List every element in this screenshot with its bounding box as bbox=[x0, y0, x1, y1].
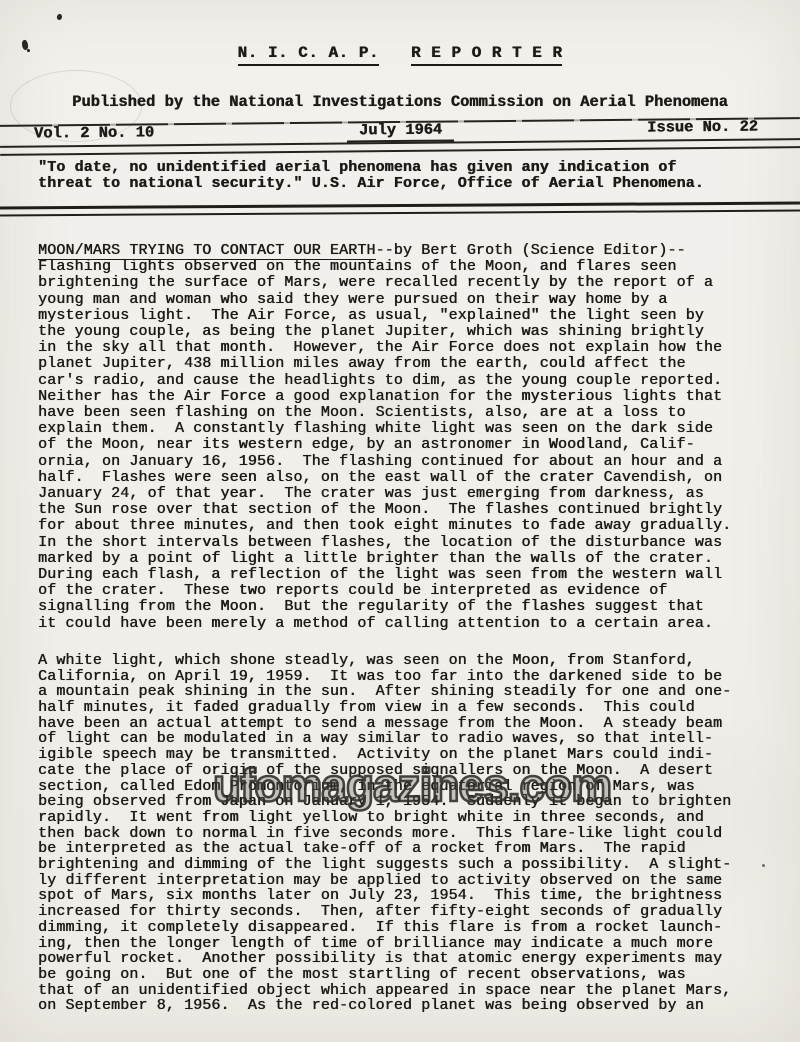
volume-issue-band: Vol. 2 No. 10 July 1964 Issue No. 22 bbox=[0, 117, 800, 156]
issue-label: Issue No. 22 bbox=[647, 119, 758, 137]
article-byline: --by Bert Groth (Science Editor)-- bbox=[376, 242, 686, 259]
section-divider-rule bbox=[0, 202, 800, 217]
watermark-text: ufomagazines.com bbox=[213, 758, 611, 812]
masthead-reporter: R E P O R T E R bbox=[411, 44, 563, 66]
article-headline: MOON/MARS TRYING TO CONTACT OUR EARTH--b… bbox=[38, 243, 770, 259]
air-force-quote: "To date, no unidentified aerial phenome… bbox=[38, 160, 764, 193]
paragraph-1: Flashing lights observed on the mountain… bbox=[38, 259, 770, 632]
masthead-title: N. I. C. A. P. R E P O R T E R bbox=[0, 44, 800, 66]
ink-speck bbox=[56, 13, 63, 20]
date-label: July 1964 bbox=[347, 121, 454, 142]
article-body: MOON/MARS TRYING TO CONTACT OUR EARTH--b… bbox=[38, 243, 770, 1014]
publisher-line: Published by the National Investigations… bbox=[0, 93, 800, 111]
volume-label: Vol. 2 No. 10 bbox=[34, 124, 154, 142]
paragraph-2: A white light, which shone steadly, was … bbox=[38, 653, 770, 1014]
newsletter-page: N. I. C. A. P. R E P O R T E R Published… bbox=[0, 0, 800, 1042]
masthead-acronym: N. I. C. A. P. bbox=[238, 44, 379, 66]
